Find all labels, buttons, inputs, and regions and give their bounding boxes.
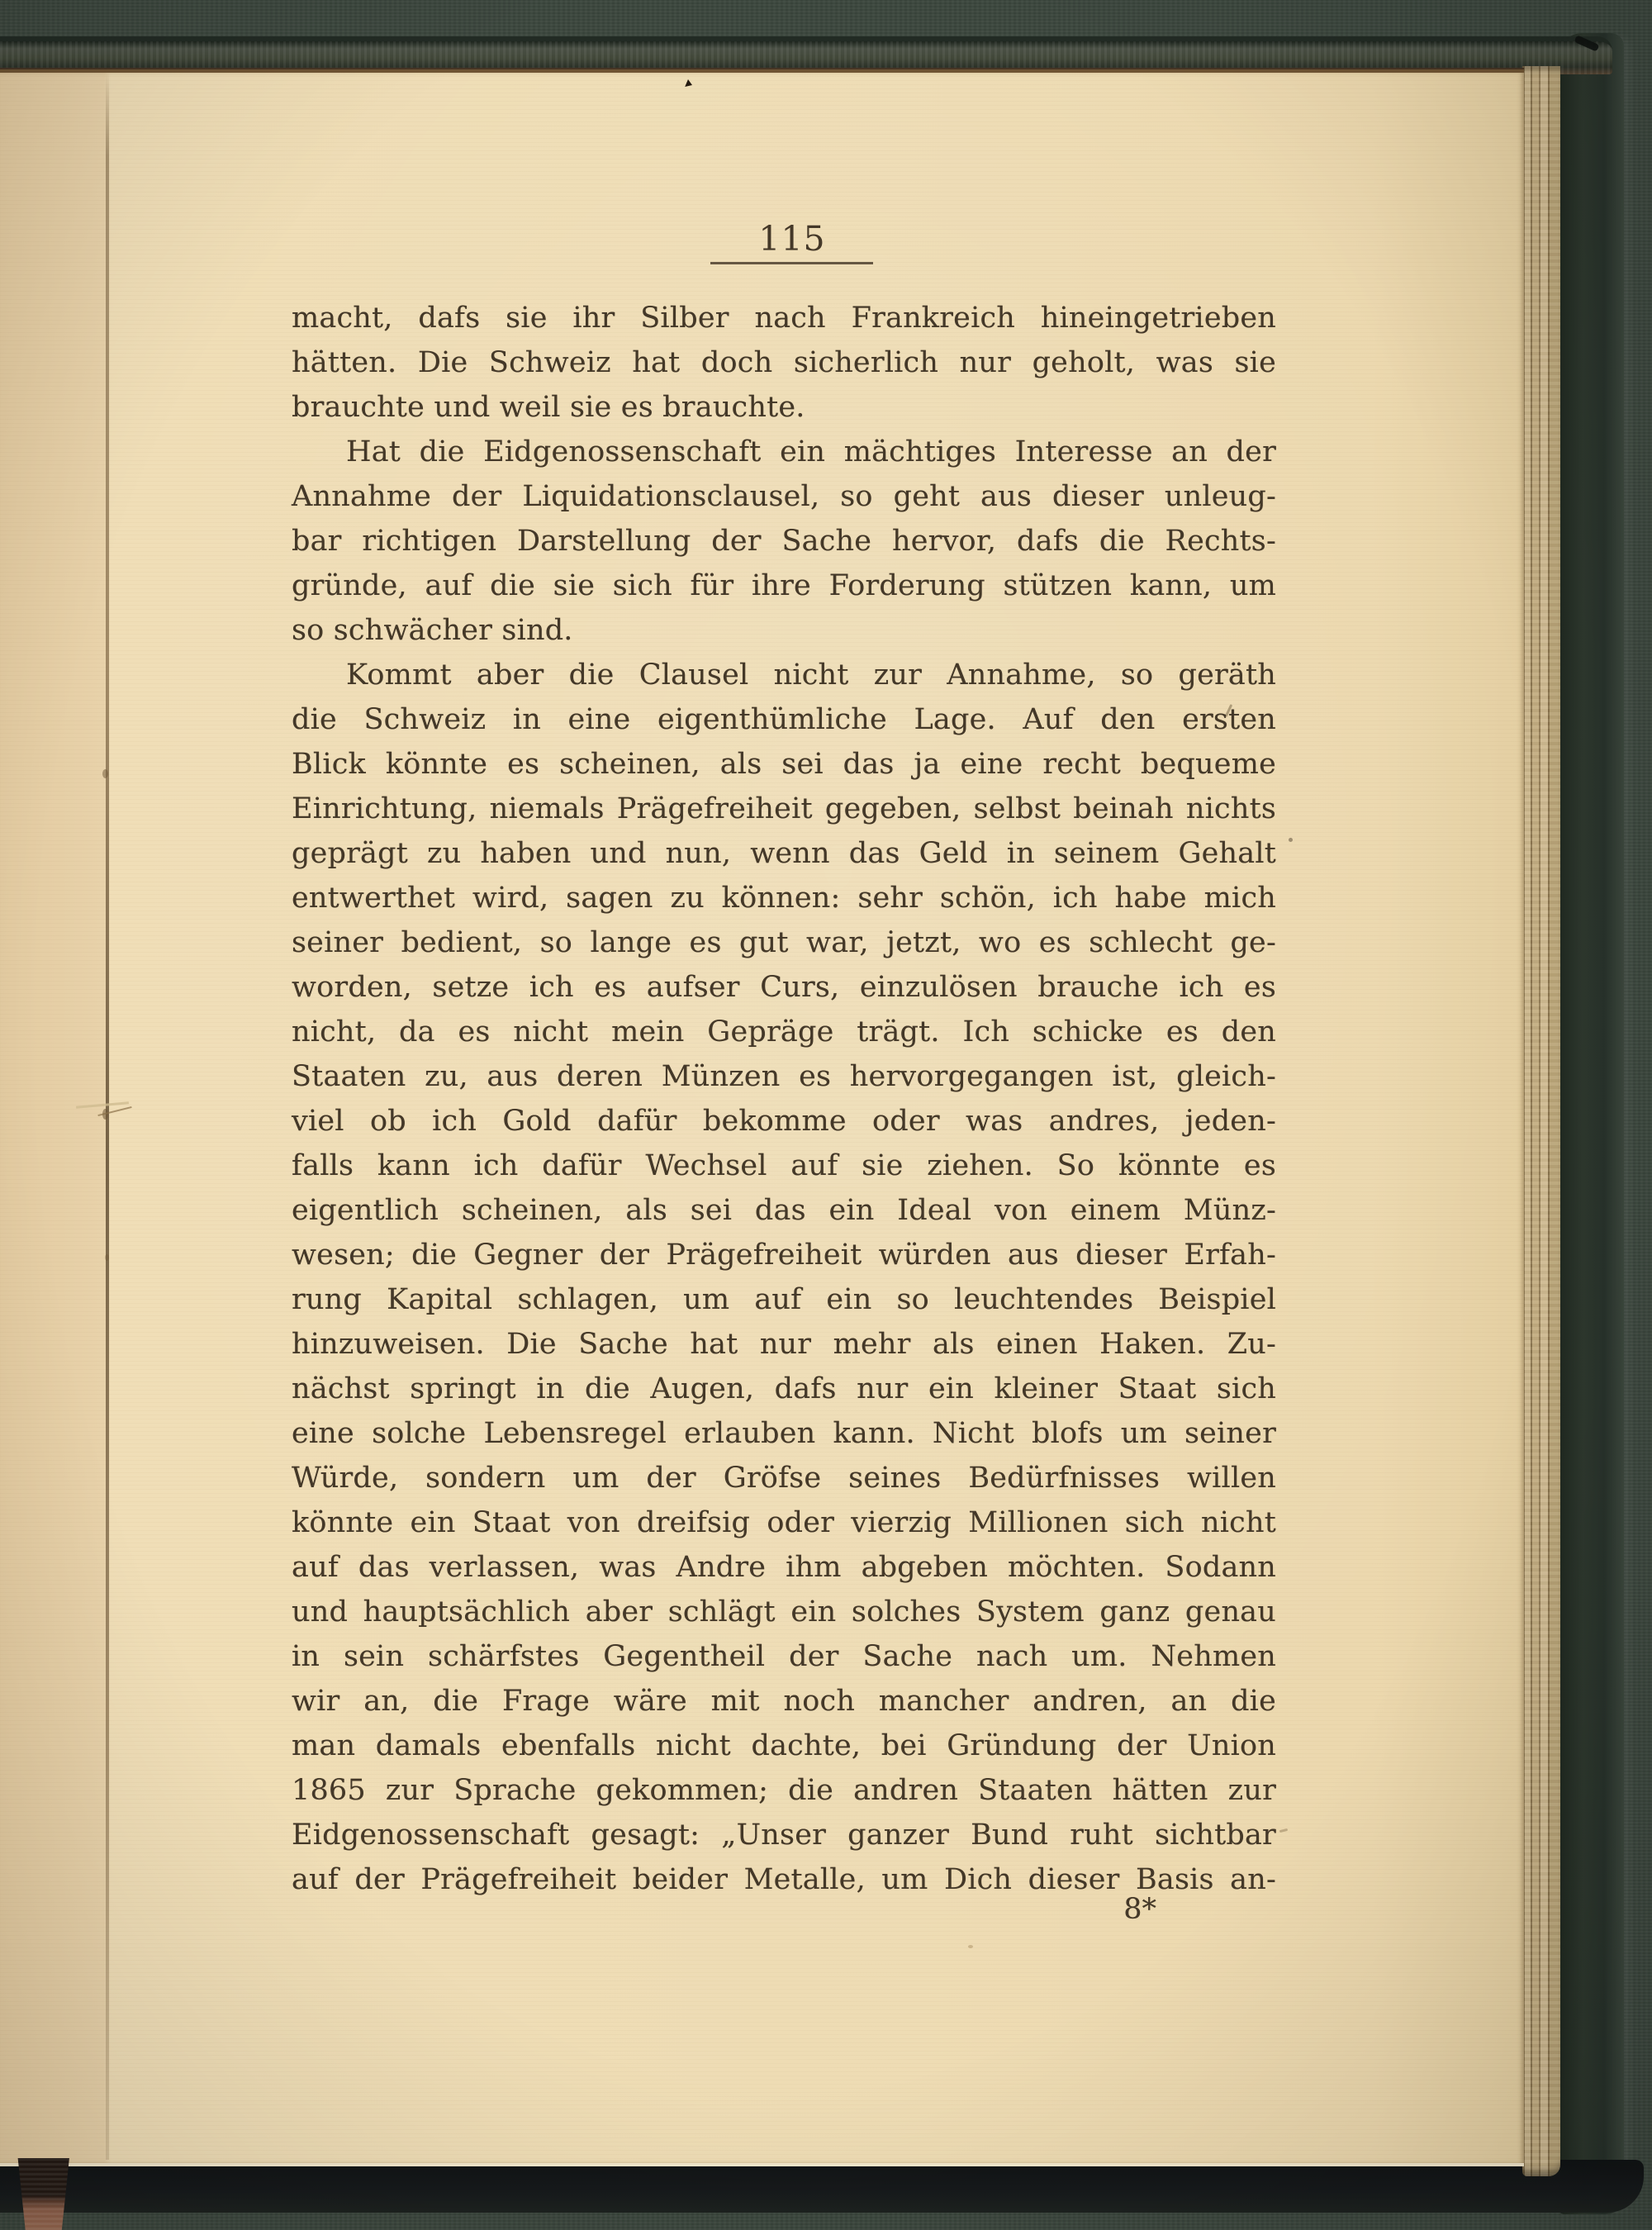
text-line: wesen; die Gegner der Prägefreiheit würd… (292, 1233, 1276, 1277)
text-line: geprägt zu haben und nun, wenn das Geld … (292, 831, 1276, 876)
text-line: so schwächer sind. (292, 608, 1276, 653)
text-line: auf das verlassen, was Andre ihm abgeben… (292, 1545, 1276, 1590)
text-line: seiner bedient, so lange es gut war, jet… (292, 920, 1276, 965)
text-line: Kommt aber die Clausel nicht zur Annahme… (292, 653, 1276, 697)
gutter-spot (102, 769, 108, 778)
text-line: Einrichtung, niemals Prägefreiheit gegeb… (292, 787, 1276, 831)
gutter-spot (105, 1254, 109, 1261)
text-line: bar richtigen Darstellung der Sache herv… (292, 519, 1276, 563)
text-line: könnte ein Staat von dreifsig oder vierz… (292, 1500, 1276, 1545)
text-line: nächst springt in die Augen, dafs nur ei… (292, 1367, 1276, 1411)
text-line: eine solche Lebensregel erlauben kann. N… (292, 1411, 1276, 1456)
text-line: Annahme der Liquidationsclausel, so geht… (292, 474, 1276, 519)
text-line: gründe, auf die sie sich für ihre Forder… (292, 563, 1276, 608)
text-line: rung Kapital schlagen, um auf ein so leu… (292, 1277, 1276, 1322)
paper-mark (1289, 838, 1293, 842)
paper-mark (1279, 1828, 1288, 1833)
text-line: hinzuweisen. Die Sache hat nur mehr als … (292, 1322, 1276, 1367)
book-photo: 115 macht, dafs sie ihr Silber nach Fran… (0, 0, 1652, 2230)
text-line: nicht, da es nicht mein Gepräge trägt. I… (292, 1010, 1276, 1054)
text-line: Blick könnte es scheinen, als sei das ja… (292, 742, 1276, 787)
text-line: und hauptsächlich aber schlägt ein solch… (292, 1590, 1276, 1634)
book-cover-bottom (0, 2160, 1644, 2213)
text-line: hätten. Die Schweiz hat doch sicherlich … (292, 340, 1276, 385)
text-line: Eidgenossenschaft gesagt: „Unser ganzer … (292, 1813, 1276, 1857)
text-line: viel ob ich Gold dafür bekomme oder was … (292, 1099, 1276, 1144)
text-line: entwerthet wird, sagen zu können: sehr s… (292, 876, 1276, 920)
text-line: falls kann ich dafür Wechsel auf sie zie… (292, 1144, 1276, 1188)
text-line: in sein schärfstes Gegentheil der Sache … (292, 1634, 1276, 1679)
gutter-tear (76, 1101, 129, 1109)
body-text: macht, dafs sie ihr Silber nach Frankrei… (292, 296, 1276, 1902)
signature-mark: 8* (292, 1887, 1276, 1932)
text-line: man damals ebenfalls nicht dachte, bei G… (292, 1724, 1276, 1768)
text-line: Hat die Eidgenossenschaft ein mächtiges … (292, 430, 1276, 474)
text-line: worden, setze ich es aufser Curs, einzul… (292, 965, 1276, 1010)
paper-speck (684, 79, 692, 87)
text-line: brauchte und weil sie es brauchte. (292, 385, 1276, 430)
book-cover-right (1558, 33, 1624, 2214)
text-line: Staaten zu, aus deren Münzen es hervorge… (292, 1054, 1276, 1099)
book-page: 115 macht, dafs sie ihr Silber nach Fran… (0, 69, 1524, 2166)
text-line: Würde, sondern um der Gröfse seines Bedü… (292, 1456, 1276, 1500)
text-line: wir an, die Frage wäre mit noch mancher … (292, 1679, 1276, 1724)
paper-mark (968, 1945, 973, 1948)
text-line: eigentlich scheinen, als sei das ein Ide… (292, 1188, 1276, 1233)
text-line: die Schweiz in eine eigenthümliche Lage.… (292, 697, 1276, 742)
page-number-rule (710, 262, 873, 264)
page-number: 115 (292, 220, 1276, 258)
page-stack-fore-edge (1522, 66, 1560, 2176)
text-line: 1865 zur Sprache gekommen; die andren St… (292, 1768, 1276, 1813)
text-line: macht, dafs sie ihr Silber nach Frankrei… (292, 296, 1276, 340)
